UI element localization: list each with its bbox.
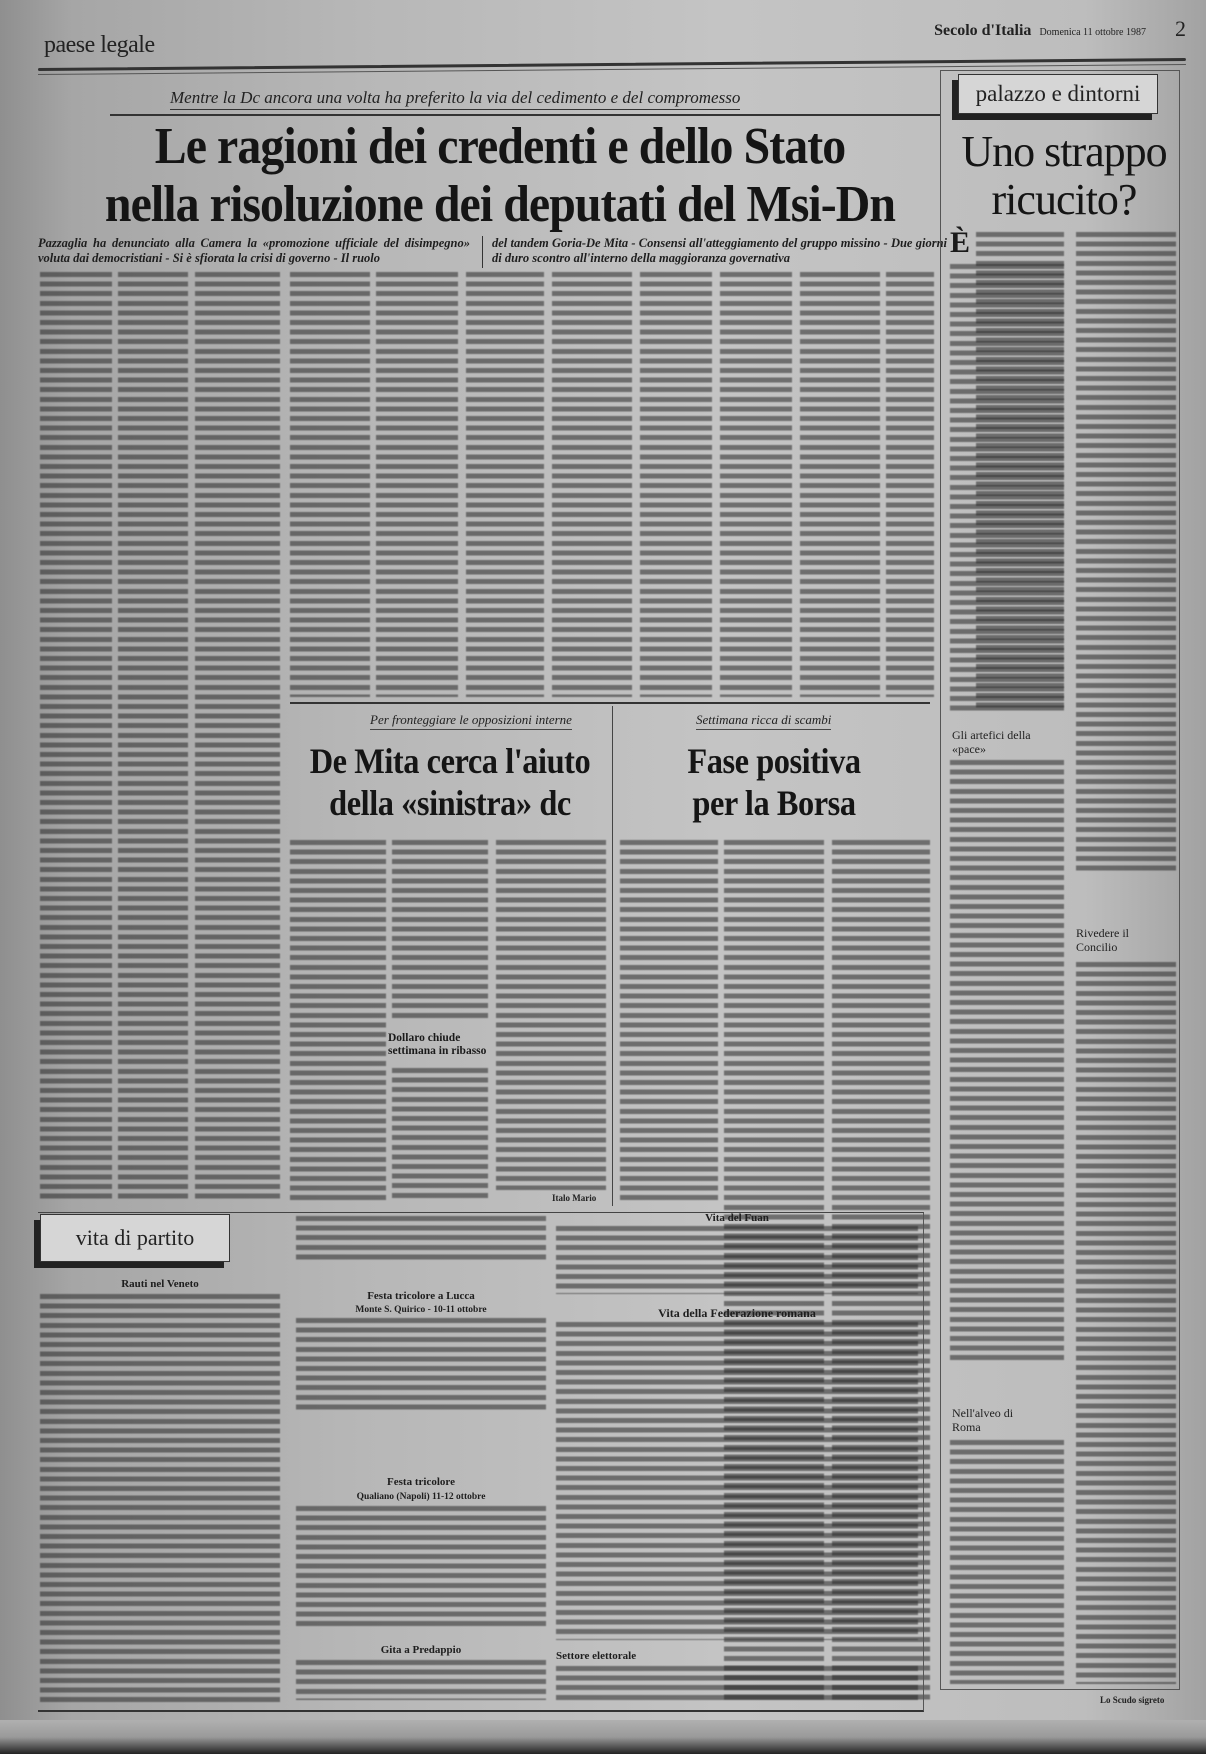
- borsa-headline-line-2: per la Borsa: [634, 782, 915, 824]
- borsa-column-1: [620, 840, 718, 1200]
- dollaro-box-text: [392, 1068, 488, 1198]
- page-bottom-edge: [0, 1720, 1206, 1754]
- festa-qualiano-title: Festa tricolore: [296, 1476, 546, 1488]
- demita-headline-line-1: De Mita cerca l'aiuto: [306, 740, 594, 782]
- sidebar-subhead-2: Rivedere il Concilio: [1076, 926, 1166, 954]
- fuan-text: [556, 1226, 918, 1294]
- section-name: paese legale: [44, 32, 155, 59]
- headline-line-1: Le ragioni dei credenti e dello Stato: [95, 118, 905, 176]
- dollaro-head-line-1: Dollaro chiude: [388, 1032, 486, 1045]
- elettorale-title: Settore elettorale: [556, 1650, 756, 1662]
- fuan-title: Vita del Fuan: [556, 1212, 918, 1224]
- sidebar-column-2: [1076, 232, 1176, 872]
- demita-headline: De Mita cerca l'aiuto della «sinistra» d…: [306, 740, 594, 824]
- sidebar-column-2b: [1076, 962, 1176, 1684]
- main-article-column-10: [800, 272, 880, 697]
- kicker-rule: [110, 114, 940, 116]
- demita-column-2: [392, 840, 488, 1022]
- demita-byline: Italo Mario: [552, 1193, 596, 1203]
- sidebar-subhead-3: Nell'alveo di Roma: [952, 1406, 1042, 1434]
- borsa-headline: Fase positiva per la Borsa: [634, 740, 915, 824]
- dropcap: È: [950, 228, 970, 258]
- main-article-column-11: [886, 272, 934, 697]
- main-article-column-2: [118, 272, 188, 1202]
- vdp-middle-top-text: [296, 1216, 546, 1264]
- vdp-left-column: [40, 1294, 280, 1706]
- sidebar-title-line-1: Uno strappo: [944, 128, 1184, 176]
- main-article-column-3: [195, 272, 280, 1202]
- sidebar-column-1d: [950, 1440, 1064, 1684]
- main-article-column-8: [640, 272, 712, 697]
- main-subhead-left: Pazzaglia ha denunciato alla Camera la «…: [38, 236, 470, 266]
- main-article-column-5: [376, 272, 458, 697]
- newspaper-page: paese legale Secolo d'Italia Domenica 11…: [0, 0, 1206, 1754]
- elettorale-text: [556, 1666, 918, 1704]
- page-number: 2: [1175, 16, 1186, 42]
- borsa-headline-line-1: Fase positiva: [634, 740, 915, 782]
- dollaro-box-headline: Dollaro chiude settimana in ribasso: [388, 1032, 486, 1058]
- sidebar-subhead-1: Gli artefici della «pace»: [952, 728, 1052, 756]
- demita-column-1: [290, 840, 386, 1205]
- federazione-title: Vita della Federazione romana: [556, 1306, 918, 1321]
- main-headline: Le ragioni dei credenti e dello Stato ne…: [95, 118, 905, 234]
- main-article-column-1: [40, 272, 112, 1202]
- sidebar-title: Uno strappo ricucito?: [944, 128, 1184, 224]
- demita-column-3: [496, 840, 606, 1190]
- borsa-kicker: Settimana ricca di scambi: [696, 712, 831, 730]
- main-article-column-6: [466, 272, 544, 697]
- main-subhead-right: del tandem Goria-De Mita - Consensi all'…: [492, 236, 947, 266]
- gita-predappio-title: Gita a Predappio: [296, 1644, 546, 1656]
- main-article-column-7: [552, 272, 632, 697]
- main-kicker: Mentre la Dc ancora una volta ha preferi…: [170, 88, 740, 110]
- masthead: Secolo d'Italia Domenica 11 ottobre 1987: [934, 22, 1146, 40]
- issue-date: Domenica 11 ottobre 1987: [1039, 27, 1146, 38]
- newspaper-name: Secolo d'Italia: [934, 22, 1031, 39]
- sidebar-tag: palazzo e dintorni: [958, 74, 1158, 114]
- subhead-divider: [482, 236, 483, 268]
- mid-rule: [290, 702, 930, 704]
- festa-lucca-subtitle: Monte S. Quirico - 10-11 ottobre: [296, 1305, 546, 1315]
- festa-lucca-text: [296, 1318, 546, 1413]
- demita-kicker: Per fronteggiare le opposizioni interne: [370, 712, 572, 730]
- main-article-column-9: [720, 272, 792, 697]
- gita-predappio-text: [296, 1660, 546, 1700]
- sidebar-signature: Lo Scudo sigreto: [1100, 1695, 1164, 1705]
- dollaro-head-line-2: settimana in ribasso: [388, 1045, 486, 1058]
- festa-qualiano-subtitle: Qualiano (Napoli) 11-12 ottobre: [296, 1492, 546, 1502]
- rauti-veneto-title: Rauti nel Veneto: [40, 1278, 280, 1290]
- demita-headline-line-2: della «sinistra» dc: [306, 782, 594, 824]
- festa-lucca-title: Festa tricolore a Lucca: [296, 1290, 546, 1302]
- sidebar-title-line-2: ricucito?: [944, 176, 1184, 224]
- mid-column-divider: [612, 706, 613, 1206]
- festa-qualiano-program: [296, 1506, 546, 1630]
- sidebar-column-1c: [950, 760, 1064, 1360]
- vita-di-partito-tag: vita di partito: [40, 1214, 230, 1262]
- sidebar-column-1b: [950, 264, 1064, 712]
- main-article-column-4: [290, 272, 370, 697]
- federazione-text: [556, 1322, 918, 1640]
- headline-line-2: nella risoluzione dei deputati del Msi-D…: [95, 176, 905, 234]
